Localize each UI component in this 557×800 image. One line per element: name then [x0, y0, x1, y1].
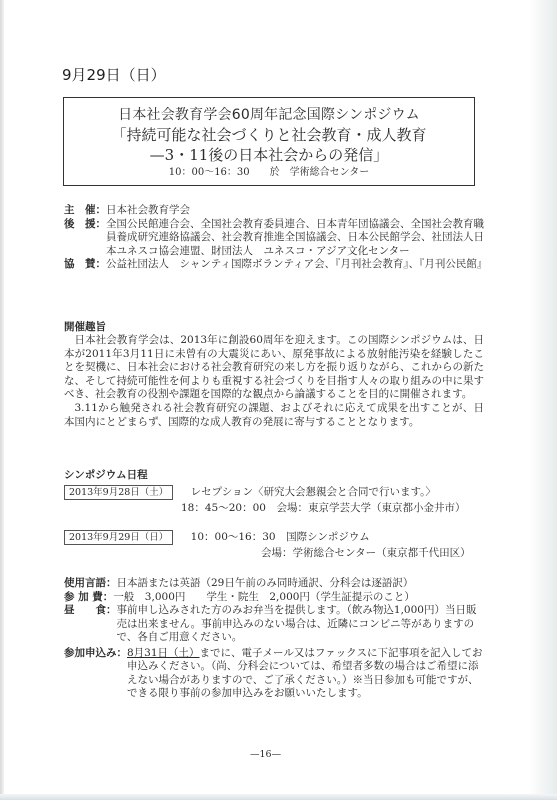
page-number: —16— — [250, 749, 281, 760]
organizer-label: 主 催： — [64, 204, 106, 218]
language-row: 使用言語： 日本語または英語（29日午前のみ同時通訳、分科会は逐語訳） — [64, 577, 484, 591]
schedule-item: 2013年9月29日（日） 10：00〜16：30 国際シンポジウム — [64, 530, 370, 545]
lunch-label: 昼 食： — [64, 604, 117, 645]
supporter-row: 後 援： 全国公民館連合会、全国社会教育委員連合、日本青年団協議会、全国社会教育… — [64, 218, 484, 259]
event-theme: 「持続可能な社会づくりと社会教育・成人教育 — [64, 125, 474, 145]
fee-value: 一般 3,000円 学生・院生 2,000円（学生証提示のこと） — [113, 591, 484, 605]
language-label: 使用言語： — [64, 577, 117, 591]
supporter-value: 全国公民館連合会、全国社会教育委員連合、日本青年団協議会、全国社会教育職員養成研… — [106, 218, 484, 259]
page-edge-right — [529, 0, 557, 800]
fee-row: 参 加 費： 一般 3,000円 学生・院生 2,000円（学生証提示のこと） — [64, 591, 484, 605]
lunch-row: 昼 食： 事前申し込みされた方のみお弁当を提供します。（飲み物込1,000円）当… — [64, 604, 484, 645]
application-deadline: 8月31日（土） — [127, 647, 200, 659]
organizers-block: 主 催： 日本社会教育学会 後 援： 全国公民館連合会、全国社会教育委員連合、日… — [64, 204, 484, 272]
schedule-item-detail: 会場：学術総合センター（東京都千代田区） — [261, 546, 471, 560]
event-title: 日本社会教育学会60周年記念国際シンポジウム — [64, 106, 474, 124]
purpose-paragraph: 日本社会教育学会は、2013年に創設60周年を迎えます。この国際シンポジウムは、… — [64, 334, 484, 402]
purpose-text: 日本社会教育学会は、2013年に創設60周年を迎えます。この国際シンポジウムは、… — [64, 334, 484, 429]
application-label: 参加申込み： — [64, 647, 127, 701]
lunch-value: 事前申し込みされた方のみお弁当を提供します。（飲み物込1,000円）当日販売は出… — [117, 604, 485, 645]
schedule-line: レセプション〈研究大会懇親会と合同で行います。〉 — [191, 486, 436, 498]
application-value: 8月31日（土）までに、電子メール又はファックスに下記事項を記入してお申込みくだ… — [127, 647, 484, 701]
event-subtheme: —3・11後の日本社会からの発信」 — [64, 145, 474, 165]
supporter-label: 後 援： — [64, 218, 106, 259]
organizer-value: 日本社会教育学会 — [106, 204, 484, 218]
sponsor-row: 協 賛： 公益社団法人 シャンティ国際ボランティア会、『月刊社会教育』、『月刊公… — [64, 258, 484, 272]
application-row: 参加申込み： 8月31日（土）までに、電子メール又はファックスに下記事項を記入し… — [64, 647, 484, 701]
sponsor-value: 公益社団法人 シャンティ国際ボランティア会、『月刊社会教育』、『月刊公民館』 — [106, 258, 484, 272]
purpose-paragraph: 3.11から触発される社会教育研究の課題、およびそれに応えて成果を出すことが、日… — [64, 402, 484, 429]
details-block: 使用言語： 日本語または英語（29日午前のみ同時通訳、分科会は逐語訳） 参 加 … — [64, 577, 484, 701]
purpose-heading: 開催趣旨 — [64, 319, 106, 334]
fee-label: 参 加 費： — [64, 591, 113, 605]
schedule-heading: シンポジウム日程 — [64, 467, 148, 482]
schedule-item-detail: 18：45〜20：00 会場：東京学芸大学（東京都小金井市） — [181, 501, 465, 515]
organizer-row: 主 催： 日本社会教育学会 — [64, 204, 484, 218]
sponsor-label: 協 賛： — [64, 258, 106, 272]
page-edge-bottom — [0, 794, 557, 800]
schedule-item: 2013年9月28日（土） レセプション〈研究大会懇親会と合同で行います。〉 — [64, 485, 436, 500]
schedule-line: 10：00〜16：30 国際シンポジウム — [191, 531, 370, 543]
language-value: 日本語または英語（29日午前のみ同時通訳、分科会は逐語訳） — [117, 577, 485, 591]
schedule-date: 2013年9月28日（土） — [64, 485, 173, 500]
event-title-box: 日本社会教育学会60周年記念国際シンポジウム 「持続可能な社会づくりと社会教育・… — [63, 97, 475, 186]
schedule-date: 2013年9月29日（日） — [64, 530, 173, 545]
page-edge-left — [0, 0, 4, 800]
date-heading: 9月29日（日） — [62, 64, 166, 85]
event-time-venue: 10：00〜16：30 於 学術総合センター — [64, 166, 474, 180]
